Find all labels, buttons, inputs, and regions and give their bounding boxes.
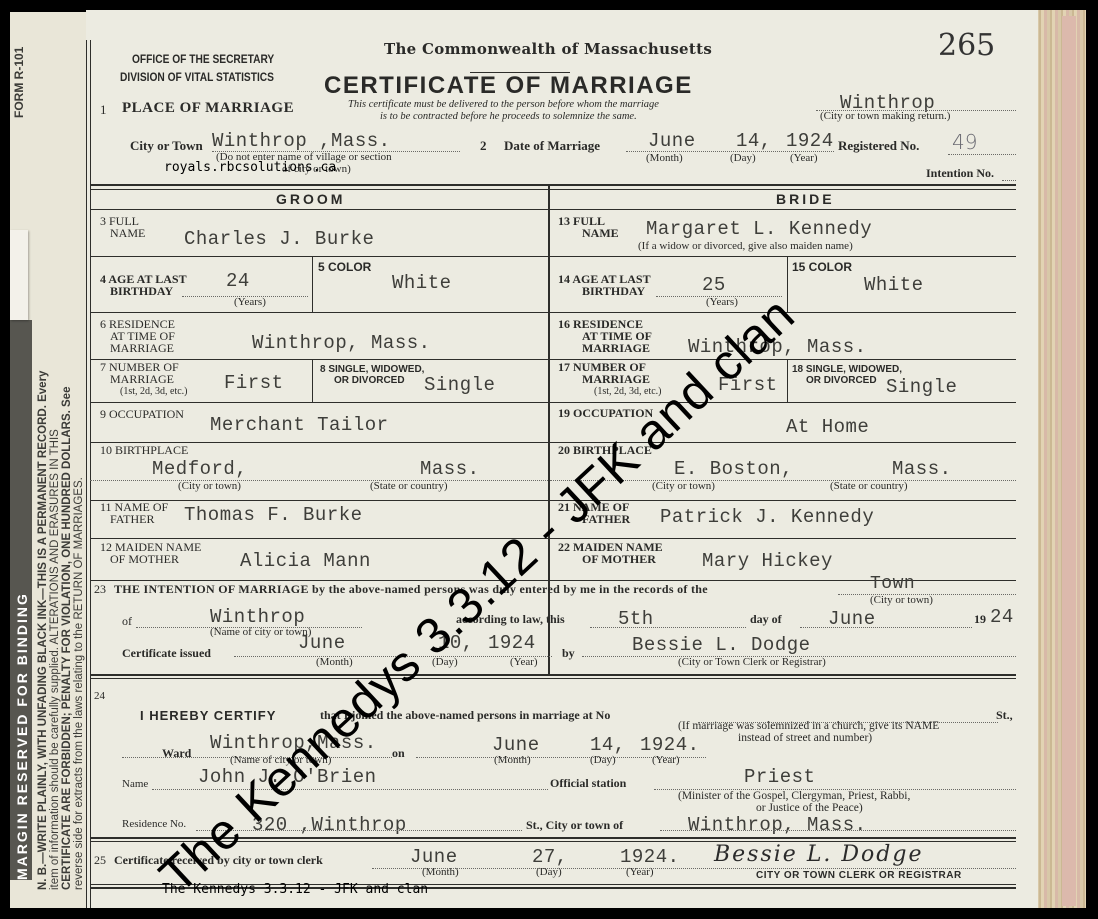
records-of-value: Town [870,574,915,594]
groom-residence: Winthrop, Mass. [252,332,431,354]
station-hint-1: (Minister of the Gospel, Clergyman, Prie… [678,790,910,802]
groom-father-label-2: FATHER [110,514,154,525]
received-year-hint: (Year) [626,866,654,878]
issued-label: Certificate issued [122,646,211,661]
registered-label: Registered No. [838,138,919,154]
notice-line-3: CERTIFICATE ARE FORBIDDEN; PENALTY FOR V… [61,387,73,890]
certify-year-hint: (Year) [652,754,680,766]
commonwealth-heading: The Commonwealth of Massachusetts [384,40,712,58]
certify-month: June [492,734,540,756]
groom-res-label-3: MARRIAGE [110,343,174,354]
bride-mother-label-2: OF MOTHER [582,554,656,565]
groom-state-hint: (State or country) [370,480,448,492]
received-day-hint: (Day) [536,866,562,878]
page-edges [1036,10,1086,908]
groom-status-label-2: OR DIVORCED [334,375,405,386]
notice-line-2: item of information should be carefully … [49,429,61,890]
bride-occupation: At Home [786,416,869,438]
certify-day-hint: (Day) [590,754,616,766]
received-year: 1924. [620,846,680,868]
groom-occupation-label: 9 OCCUPATION [100,409,184,420]
of-label: of [122,614,132,629]
received-number: 25 [94,853,106,868]
records-hint: (City or town) [870,594,933,606]
groom-city-hint: (City or town) [178,480,241,492]
notice-line-1: N. B.—WRITE PLAINLY, WITH UNFADING BLACK… [37,371,49,890]
city-making-return-hint: (City or town making return.) [820,110,950,122]
bride-name-hint: (If a widow or divorced, give also maide… [638,240,853,252]
bride-status: Single [886,376,957,398]
of-value: Winthrop [210,606,305,628]
date-label: Date of Marriage [504,138,600,154]
bride-father: Patrick J. Kennedy [660,506,874,528]
issued-year-hint: (Year) [510,656,538,668]
certificate-page: OFFICE OF THE SECRETARY DIVISION OF VITA… [86,10,1038,908]
groom-marriage-number: First [224,372,284,394]
day-of-label: day of [750,612,782,627]
issued-month-hint: (Month) [316,656,353,668]
certify-year: 1924. [640,734,700,756]
certify-number: 24 [94,690,105,702]
year-prefix: 19 [974,612,986,627]
bride-age-hint: (Years) [706,296,738,308]
by-label: by [562,646,575,661]
instruction-line-2: is to be contracted before he proceeds t… [380,111,637,122]
intention-text: THE INTENTION OF MARRIAGE by the above-n… [114,582,708,597]
city-value: Winthrop ,Mass. [212,130,391,152]
place-label: PLACE OF MARRIAGE [122,100,294,117]
received-month-hint: (Month) [422,866,459,878]
bride-city-hint: (City or town) [652,480,715,492]
bride-name-label-2: NAME [582,228,619,239]
page-number: 265 [938,28,995,63]
groom-full-name: Charles J. Burke [184,228,374,250]
year-hint: (Year) [790,152,818,164]
marriage-day: 14, [736,130,772,152]
bride-status-label-2: OR DIVORCED [806,375,877,386]
issued-year: 1924 [488,632,536,654]
station-value: Priest [744,766,815,788]
officiant-name-label: Name [122,778,148,790]
bride-res-label-3: MARRIAGE [582,343,650,354]
church-hint-1: (If marriage was solemnized in a church,… [678,720,939,732]
groom-num-label-3: (1st, 2d, 3d, etc.) [120,386,188,397]
bride-full-name: Margaret L. Kennedy [646,218,872,240]
groom-age-label-2: BIRTHDAY [110,286,173,297]
marriage-year: 1924 [786,130,834,152]
bride-age: 25 [702,274,726,296]
groom-status: Single [424,374,495,396]
place-number: 1 [100,102,107,118]
groom-color: White [392,272,452,294]
binding-reserved-label: MARGIN RESERVED FOR BINDING [14,592,30,880]
groom-num-label-2: MARRIAGE [110,374,174,385]
certificate-title: CERTIFICATE OF MARRIAGE [324,72,693,100]
bride-color: White [864,274,924,296]
bride-birth-state: Mass. [892,458,952,480]
day-hint: (Day) [730,152,756,164]
groom-color-label: 5 COLOR [318,262,371,273]
groom-status-label-1: 8 SINGLE, WIDOWED, [320,364,424,375]
bride-status-label-1: 18 SINGLE, WIDOWED, [792,364,902,375]
residence-label: Residence No. [122,818,186,830]
certify-st: St., [996,708,1013,723]
intention-clerk: Bessie L. Dodge [632,634,811,656]
office-line-2: DIVISION OF VITAL STATISTICS [120,70,274,84]
of-hint: (Name of city or town) [210,626,311,638]
on-label: on [392,746,405,761]
ward-label: Ward [162,746,191,761]
received-day: 27, [532,846,568,868]
residence-city: Winthrop, Mass. [688,814,867,836]
received-month: June [410,846,458,868]
bride-heading: BRIDE [776,191,835,207]
issued-month: June [298,632,346,654]
binding-tab [10,230,28,320]
intention-label: Intention No. [926,166,994,181]
groom-age: 24 [226,270,250,292]
station-hint-2: or Justice of the Peace) [756,802,863,814]
certify-day: 14, [590,734,626,756]
bride-birth-city: E. Boston, [674,458,793,480]
certify-heading: I HEREBY CERTIFY [140,708,276,723]
residence-city-label: St., City or town of [526,818,623,833]
groom-birth-city: Medford, [152,458,247,480]
notice-line-4: reverse side for extracts from the laws … [73,477,85,890]
groom-mother-label-2: OF MOTHER [110,554,179,565]
bride-num-label-2: MARRIAGE [582,374,650,385]
form-id: FORM R-101 [12,47,26,118]
groom-occupation: Merchant Tailor [210,414,389,436]
bride-color-label: 15 COLOR [792,262,852,273]
instruction-line-1: This certificate must be delivered to th… [348,99,659,110]
groom-name-label-2: NAME [110,228,145,239]
clerk-hint: (City or Town Clerk or Registrar) [678,656,826,668]
bride-state-hint: (State or country) [830,480,908,492]
certify-month-hint: (Month) [494,754,531,766]
groom-birthplace-label: 10 BIRTHPLACE [100,445,188,456]
church-hint-2: instead of street and number) [738,732,872,744]
intention-number: 23 [94,582,106,597]
page-edges-pink [1062,16,1076,906]
bride-mother: Mary Hickey [702,550,833,572]
groom-heading: GROOM [276,191,345,207]
registered-value: 49 [952,130,977,154]
bride-age-label-2: BIRTHDAY [582,286,645,297]
clerk-signature: Bessie L. Dodge [714,842,923,867]
month-hint: (Month) [646,152,683,164]
groom-age-hint: (Years) [234,296,266,308]
marriage-month: June [648,130,696,152]
date-number: 2 [480,138,487,154]
site-overlay-text: royals.rbcsolutions.ca [164,160,336,175]
station-label: Official station [550,776,626,791]
office-line-1: OFFICE OF THE SECRETARY [132,52,274,66]
groom-mother: Alicia Mann [240,550,371,572]
signature-caption: CITY OR TOWN CLERK OR REGISTRAR [756,870,962,881]
city-label: City or Town [130,138,203,154]
groom-father: Thomas F. Burke [184,504,363,526]
intention-year: 24 [990,606,1014,628]
groom-birth-state: Mass. [420,458,480,480]
